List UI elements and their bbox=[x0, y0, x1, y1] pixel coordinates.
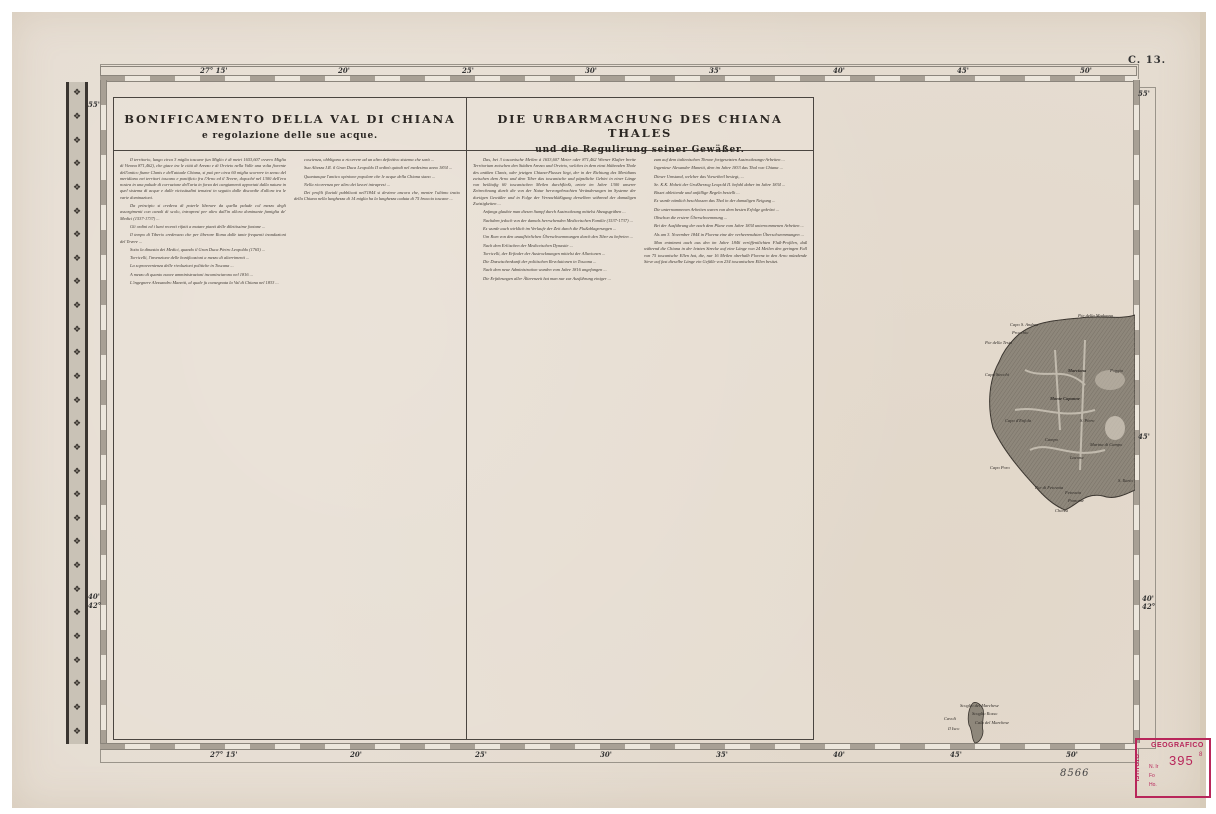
ornament-icon: ❖ bbox=[73, 538, 81, 547]
stamp-row: Ho. bbox=[1149, 782, 1157, 788]
map-label: Capo Poro bbox=[990, 465, 1010, 470]
bottom-tick: 30' bbox=[600, 750, 612, 759]
ornament-icon: ❖ bbox=[73, 231, 81, 240]
map-label: Monte Capanne bbox=[1050, 396, 1080, 401]
ornament-icon: ❖ bbox=[73, 444, 81, 453]
stamp-catalog-number: 395 bbox=[1169, 753, 1194, 768]
paragraph: Gli ordini ed i lumi recenti rifatti a m… bbox=[120, 224, 286, 230]
stamp-row: Fo bbox=[1149, 773, 1155, 779]
paragraph: Quantunque l'antico opinione popolare ch… bbox=[294, 174, 460, 180]
bottom-tick: 45' bbox=[950, 750, 962, 759]
paragraph: Obschon die erstere Überschwemmung ... bbox=[644, 215, 807, 221]
ornament-icon: ❖ bbox=[73, 609, 81, 618]
ornament-icon: ❖ bbox=[73, 491, 81, 500]
map-label: Capo Stecchi bbox=[985, 372, 1009, 377]
paragraph: Dieser Umstand, welcher das Vorurtheil b… bbox=[644, 174, 807, 180]
map-label: Fetovaia bbox=[1065, 490, 1081, 495]
top-tick: 40' bbox=[833, 66, 845, 75]
ornament-icon: ❖ bbox=[73, 586, 81, 595]
map-label: S. Ilario bbox=[1118, 478, 1133, 483]
paragraph: Il territorio, lungo circa 3 miglia tosc… bbox=[120, 157, 286, 201]
paragraph: Bei der Ausführung der nach dem Plane vo… bbox=[644, 223, 807, 229]
right-lat-label: 42° bbox=[1142, 602, 1155, 611]
paragraph: coscienza, obbligano a ricorrere ad un a… bbox=[294, 157, 460, 163]
map-label: S. Piero bbox=[1080, 418, 1094, 423]
paragraph: L'ingegnere Alessandro Manetti, al quale… bbox=[120, 280, 286, 286]
ornament-icon: ❖ bbox=[73, 633, 81, 642]
ornament-icon: ❖ bbox=[73, 302, 81, 311]
paragraph: Nachdem jedoch von der damals herrschend… bbox=[473, 218, 636, 224]
stamp-row: N. Ir bbox=[1149, 764, 1158, 770]
ornament-icon: ❖ bbox=[73, 184, 81, 193]
top-tick: 20' bbox=[338, 66, 350, 75]
paragraph: Die Erfahrungen aller Älterenzeit hat ma… bbox=[473, 276, 636, 282]
paragraph: Als am 3. November 1844 in Florenz eine … bbox=[644, 232, 807, 238]
paragraph: Es wurde nämlich beschlossen das Thal in… bbox=[644, 198, 807, 204]
bottom-tick: 50' bbox=[1066, 750, 1078, 759]
ornament-icon: ❖ bbox=[73, 704, 81, 713]
ornament-icon: ❖ bbox=[73, 113, 81, 122]
top-tick: 50' bbox=[1080, 66, 1092, 75]
map-label: Scoglio Rosso bbox=[972, 711, 997, 716]
italian-column-2: coscienza, obbligano a ricorrere ad un a… bbox=[294, 157, 460, 732]
stamp-superscript: 8 bbox=[1199, 752, 1202, 758]
italian-panel-header: BONIFICAMENTO DELLA VAL DI CHIANA e rego… bbox=[114, 98, 466, 151]
ornament-icon: ❖ bbox=[73, 349, 81, 358]
map-label: Cala del Marchese bbox=[975, 720, 1009, 725]
ornament-icon: ❖ bbox=[73, 89, 81, 98]
ornament-icon: ❖ bbox=[73, 397, 81, 406]
map-label: P.te di Fetovaia bbox=[1035, 485, 1063, 490]
paragraph: zum auf dem italienischen Throne fortges… bbox=[644, 157, 807, 163]
map-label: P.te della Testa bbox=[985, 340, 1012, 345]
paragraph: Es wurde auch wirklich im Verlaufe der Z… bbox=[473, 226, 636, 232]
handwritten-note: 8566 bbox=[1060, 768, 1089, 779]
ornament-icon: ❖ bbox=[73, 420, 81, 429]
ornament-icon: ❖ bbox=[73, 373, 81, 382]
map-label: Pomonte bbox=[1068, 498, 1084, 503]
left-lat-label: 42° bbox=[88, 601, 101, 610]
ornament-icon: ❖ bbox=[73, 468, 81, 477]
paragraph: Sua Altezza I.R. il Gran Duca Leopoldo I… bbox=[294, 165, 460, 171]
ornament-icon: ❖ bbox=[73, 326, 81, 335]
library-stamp: GEOGRAFICO ISTITUTO 395 8 N. Ir Fo Ho. bbox=[1135, 738, 1211, 798]
map-label: Capo S. Andrea bbox=[1010, 322, 1038, 327]
paragraph: Das, bei 3 toscanische Meilen à 1653,607… bbox=[473, 157, 636, 207]
german-panel-header: DIE URBARMACHUNG DES CHIANA THALES und d… bbox=[467, 98, 813, 151]
top-tick: 30' bbox=[585, 66, 597, 75]
right-lat-label: 45' bbox=[1138, 432, 1150, 441]
bottom-tick: 27° 15' bbox=[210, 750, 238, 759]
italian-subtitle: e regolazione delle sue acque. bbox=[114, 131, 466, 141]
german-text-panel: DIE URBARMACHUNG DES CHIANA THALES und d… bbox=[466, 97, 814, 740]
top-tick: 45' bbox=[957, 66, 969, 75]
map-label: Lacona bbox=[1070, 455, 1084, 460]
map-label: Poggio bbox=[1110, 368, 1123, 373]
paragraph: Die Dazwischenkunft der politischen Revo… bbox=[473, 259, 636, 265]
german-title: DIE URBARMACHUNG DES CHIANA THALES bbox=[467, 98, 813, 140]
top-tick: 25' bbox=[462, 66, 474, 75]
paragraph: Nach dem Erlöschen der Mediceischen Dyna… bbox=[473, 243, 636, 249]
ornament-icon: ❖ bbox=[73, 160, 81, 169]
top-tick: 35' bbox=[709, 66, 721, 75]
ornament-icon: ❖ bbox=[73, 278, 81, 287]
paragraph: Il tempo di Tiberio credevano che per li… bbox=[120, 232, 286, 245]
map-label: Scoglio del Marchese bbox=[960, 703, 999, 708]
map-label: Campo bbox=[1045, 437, 1058, 442]
italian-text-panel: BONIFICAMENTO DELLA VAL DI CHIANA e rego… bbox=[113, 97, 467, 740]
paragraph: Torricelli, l'invenzione delle bonificaz… bbox=[120, 255, 286, 261]
paragraph: Ingenieur Alexander Manetti, dem im Jahr… bbox=[644, 165, 807, 171]
paragraph: Die unternommenen Arbeiten waren von dem… bbox=[644, 207, 807, 213]
map-label: Cavoli bbox=[944, 716, 956, 721]
top-scale-bar bbox=[100, 75, 1137, 82]
stamp-side-text: ISTITUTO bbox=[1135, 754, 1141, 781]
bottom-tick: 35' bbox=[716, 750, 728, 759]
paragraph: Man entnimmt auch aus den im Jahre 1846 … bbox=[644, 240, 807, 265]
left-scale-bar bbox=[100, 80, 107, 743]
map-label: Marciana bbox=[1068, 368, 1086, 373]
ornament-icon: ❖ bbox=[73, 208, 81, 217]
map-label: Il Isco bbox=[948, 726, 959, 731]
map-label: Capo d'Enfola bbox=[1005, 418, 1031, 423]
bottom-tick: 40' bbox=[833, 750, 845, 759]
left-lat-label: 40' bbox=[88, 592, 100, 601]
paragraph: Bisset ableitende und unfällige Regeln b… bbox=[644, 190, 807, 196]
top-tick: 27° 15' bbox=[200, 66, 228, 75]
ornament-icon: ❖ bbox=[73, 728, 81, 737]
ornament-icon: ❖ bbox=[73, 137, 81, 146]
graticule-bottom-frame bbox=[100, 748, 1139, 763]
map-label: Procchio bbox=[1012, 330, 1028, 335]
ornament-icon: ❖ bbox=[73, 657, 81, 666]
paragraph: Sotto la dinastia dei Medici, quando il … bbox=[120, 247, 286, 253]
decorative-border: ❖❖❖❖❖❖❖❖❖❖❖❖❖❖❖❖❖❖❖❖❖❖❖❖❖❖❖❖ bbox=[66, 82, 88, 744]
map-label: Marina di Campo bbox=[1090, 442, 1122, 447]
paragraph: Da principio si credeva di poterle liber… bbox=[120, 203, 286, 222]
paragraph: Dei profili fluviali pubblicati nell'184… bbox=[294, 190, 460, 203]
ornament-icon: ❖ bbox=[73, 562, 81, 571]
italian-title: BONIFICAMENTO DELLA VAL DI CHIANA bbox=[114, 98, 466, 126]
bottom-tick: 20' bbox=[350, 750, 362, 759]
paragraph: Se. K.K. Hoheit der Großherzog Leopold I… bbox=[644, 182, 807, 188]
ornament-icon: ❖ bbox=[73, 680, 81, 689]
paragraph: La sopravvenienza delle rivoluzioni poli… bbox=[120, 263, 286, 269]
german-column-1: Das, bei 3 toscanische Meilen à 1653,607… bbox=[473, 157, 636, 732]
right-lat-label: 55' bbox=[1138, 89, 1150, 98]
stamp-header: GEOGRAFICO bbox=[1151, 742, 1204, 749]
ornament-icon: ❖ bbox=[73, 255, 81, 264]
ornament-icon: ❖ bbox=[73, 515, 81, 524]
german-column-2: zum auf dem italienischen Throne fortges… bbox=[644, 157, 807, 732]
paragraph: Nella ricorrenza per altro dei lavori in… bbox=[294, 182, 460, 188]
paragraph: Um Rom von den unaufhörlichen Überschwem… bbox=[473, 234, 636, 240]
paragraph: Torricelli, der Erfinder der Austrocknun… bbox=[473, 251, 636, 257]
left-lat-label: 55' bbox=[88, 100, 100, 109]
map-label: Chiessi bbox=[1055, 508, 1068, 513]
paragraph: Nach dem neue Administration wurden vom … bbox=[473, 267, 636, 273]
paragraph: A mezzo di quanto nuove amministrazioni … bbox=[120, 272, 286, 278]
map-label: P.te della Madonna bbox=[1078, 313, 1113, 318]
paragraph: Anfangs glaubte man diesen Sumpf durch A… bbox=[473, 209, 636, 215]
italian-column-1: Il territorio, lungo circa 3 miglia tosc… bbox=[120, 157, 286, 732]
bottom-tick: 25' bbox=[475, 750, 487, 759]
